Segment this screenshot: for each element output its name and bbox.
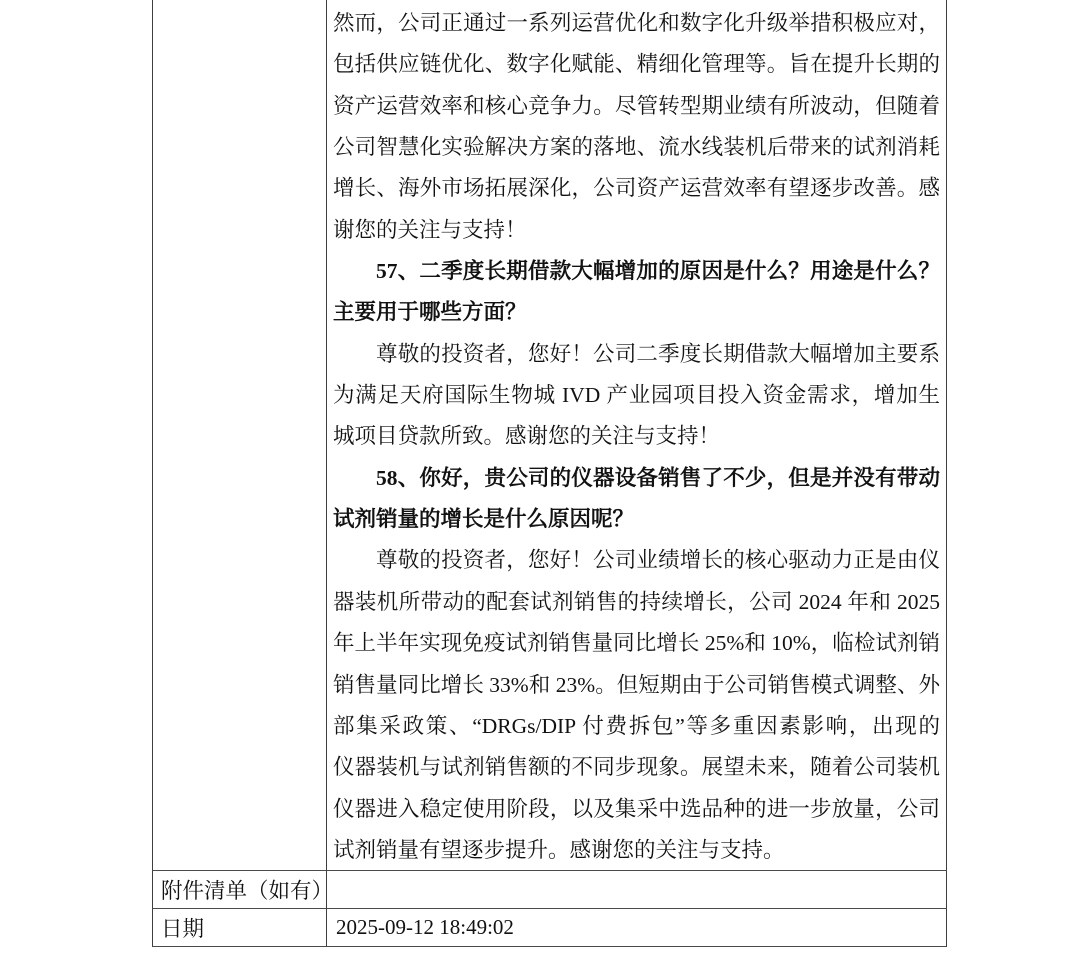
- qa-question-58-line: 试剂销量的增长是什么原因呢？: [333, 499, 940, 540]
- qa-answer-57-line: 城项目贷款所致。感谢您的关注与支持！: [333, 416, 940, 457]
- qa-answer-58-line: 年上半年实现免疫试剂销售量同比增长 25%和 10%，临检试剂销: [333, 623, 940, 664]
- attachment-list-value: [327, 871, 947, 909]
- qa-question-58-line: 58、你好，贵公司的仪器设备销售了不少，但是并没有带动: [333, 458, 940, 499]
- date-value: 2025-09-12 18:49:02: [327, 909, 947, 947]
- qa-answer-58-line: 尊敬的投资者，您好！公司业绩增长的核心驱动力正是由仪: [333, 540, 940, 581]
- attachment-list-label: 附件清单（如有）: [152, 871, 327, 909]
- record-content-cell: 然而，公司正通过一系列运营优化和数字化升级举措积极应对， 包括供应链优化、数字化…: [327, 0, 947, 871]
- qa-answer-58-line: 仪器装机与试剂销售额的不同步现象。展望未来，随着公司装机: [333, 747, 940, 788]
- qa-answer-58-line: 仪器进入稳定使用阶段，以及集采中选品种的进一步放量，公司: [333, 789, 940, 830]
- document-page: 然而，公司正通过一系列运营优化和数字化升级举措积极应对， 包括供应链优化、数字化…: [0, 0, 1080, 958]
- record-label-cell-empty: [152, 0, 327, 871]
- qa-answer-57-line: 为满足天府国际生物城 IVD 产业园项目投入资金需求，增加生物: [333, 375, 940, 416]
- qa-text-line: 资产运营效率和核心竞争力。尽管转型期业绩有所波动，但随着: [333, 86, 940, 127]
- qa-question-57-line: 主要用于哪些方面？: [333, 292, 940, 333]
- qa-text-line: 谢您的关注与支持！: [333, 210, 940, 251]
- qa-answer-58-line: 销售量同比增长 33%和 23%。但短期由于公司销售模式调整、外: [333, 665, 940, 706]
- qa-text-line: 包括供应链优化、数字化赋能、精细化管理等。旨在提升长期的: [333, 44, 940, 85]
- qa-answer-58-line: 部集采政策、“DRGs/DIP 付费拆包”等多重因素影响，出现的: [333, 706, 940, 747]
- qa-answer-58-line: 器装机所带动的配套试剂销售的持续增长，公司 2024 年和 2025: [333, 582, 940, 623]
- qa-text-line: 增长、海外市场拓展深化，公司资产运营效率有望逐步改善。感: [333, 168, 940, 209]
- qa-question-57-line: 57、二季度长期借款大幅增加的原因是什么？用途是什么？: [333, 251, 940, 292]
- date-label: 日期: [152, 909, 327, 947]
- qa-text-line: 公司智慧化实验解决方案的落地、流水线装机后带来的试剂消耗: [333, 127, 940, 168]
- qa-text-line: 然而，公司正通过一系列运营优化和数字化升级举措积极应对，: [333, 3, 940, 44]
- qa-answer-58-line: 试剂销量有望逐步提升。感谢您的关注与支持。: [333, 830, 940, 871]
- investor-record-table: 然而，公司正通过一系列运营优化和数字化升级举措积极应对， 包括供应链优化、数字化…: [152, 0, 947, 947]
- qa-answer-57-line: 尊敬的投资者，您好！公司二季度长期借款大幅增加主要系: [333, 334, 940, 375]
